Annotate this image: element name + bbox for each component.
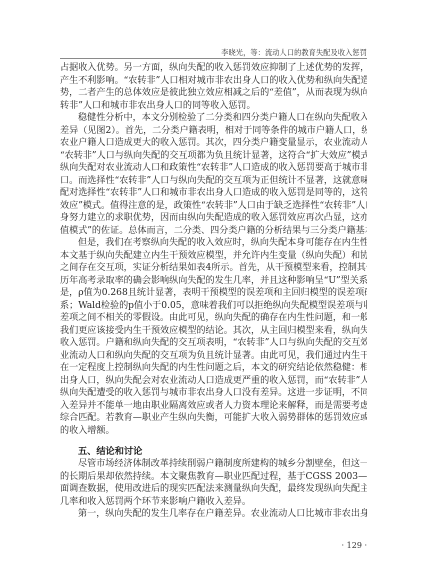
text-line: 的收入增额。 [60, 425, 367, 438]
text-line: 农业户籍人口造成更大的收入惩罚。其次，四分类户籍变量显示，农业流动人口和政策性 [60, 137, 367, 150]
text-line: 稳健性分析中，本文分别检验了二分类和四分类户籍人口在纵向失配收入惩罚方面的 [60, 112, 367, 125]
text-line: 第一，纵向失配的发生几率存在户籍差异。农业流动人口比城市非农出身人口更有可 [60, 508, 367, 521]
text-line: 占据收入优势。另一方面，纵向失配的收入惩罚效应抑制了上述优势的发挥，对收入回报 [60, 62, 367, 75]
text-line: 几率和收入惩罚两个环节来影响户籍收入差异。 [60, 496, 367, 509]
text-line: 是，ρ值为0.268且统计显著，表明干预模型的误差项和主回归模型的误差项确实存在… [60, 287, 367, 300]
text-line: 转非”人口和城市非农出身人口的同等收入惩罚。 [60, 100, 367, 113]
section-heading: 五、结论和讨论 [60, 445, 367, 458]
text-line: 尽管市场经济体制改革持续削弱户籍制度所建构的城乡分割壁垒，但这一制度所造成 [60, 458, 367, 471]
text-line: 面调查数据，使用改进后的现实匹配法来测量纵向失配，最终发现纵向失配主要通过发生 [60, 483, 367, 496]
paragraph-3-endogeneity: 但是，我们在考察纵向失配的收入效应时，纵向失配本身可能存在内生性问题。为此， 本… [60, 237, 367, 437]
page-number: · 129 · [60, 541, 367, 550]
paragraph-conclusion-1: 尽管市场经济体制改革持续削弱户籍制度所建构的城乡分割壁垒，但这一制度所造成 的长… [60, 458, 367, 508]
text-line: 之间存在交互项，实证分析结果如表4所示。首先，从干预模型来看，控制其他变量以后， [60, 262, 367, 275]
text-line: 纵向失配对农业流动人口和政策性“农转非”人口造成的收入惩罚要高于城市非农出身人 [60, 162, 367, 175]
header-rule [60, 58, 367, 59]
text-line: 势，二者产生的总体效应是彼此独立效应相减之后的“差值”，从而表现为纵向失配对“农 [60, 87, 367, 100]
text-line: 身努力建立的求职优势，因而由纵向失配造成的收入惩罚效应再次凸显，这亦可作为“差 [60, 212, 367, 225]
text-line: 收入惩罚。户籍和纵向失配的交互项表明，“农转非”人口与纵向失配的交互效应不显著；… [60, 337, 367, 350]
text-line: 差项之间不相关的零假设。由此可见，纵向失配的确存在内生性问题，和一般线性回归相比… [60, 312, 367, 325]
text-line: 效应”模式。值得注意的是，政策性“农转非”人口由于缺乏选择性“农转非”人口凭自 [60, 200, 367, 213]
section-gap [60, 437, 367, 445]
text-line: 系；Wald检验的p值小于0.05，意味着我们可以拒绝纵向失配模型误差项与收入决… [60, 300, 367, 313]
text-line: 入差异并不能单一地由职业隔离效应或者人力资本理论来解释，而是需要考虑教育—职业的 [60, 400, 367, 413]
paragraph-1: 占据收入优势。另一方面，纵向失配的收入惩罚效应抑制了上述优势的发挥，对收入回报 … [60, 62, 367, 112]
paragraph-2-robustness: 稳健性分析中，本文分别检验了二分类和四分类户籍人口在纵向失配收入惩罚方面的 差异… [60, 112, 367, 237]
text-line: 我们更应该接受内生干预效应模型的结论。其次，从主回归模型来看，纵向失配的确会造成 [60, 325, 367, 338]
body-text: 占据收入优势。另一方面，纵向失配的收入惩罚效应抑制了上述优势的发挥，对收入回报 … [60, 62, 367, 521]
text-line: 综合匹配。若教育—职业产生纵向失衡，可能扩大收入弱势群体的惩罚效应或削减优势群体 [60, 412, 367, 425]
text-line: 在一定程度上控制纵向失配的内生性问题之后，本文的研究结论依然稳健：相对于城市非农 [60, 362, 367, 375]
text-line: “农转非”人口与纵向失配的交互项都为负且统计显著，这符合“扩大效应”模式，意味着 [60, 150, 367, 163]
text-line: 口。而选择性“农转非”人口与纵向失配的交互项为正但统计不显著，这就意味着纵向失 [60, 175, 367, 188]
text-line: 本文基于纵向失配建立内生干预效应模型，并允许内生变量（纵向失配）和协变量（户籍） [60, 250, 367, 263]
text-line: 纵向失配遭受的收入惩罚与城市非农出身人口没有差异。这进一步证明，不同户籍之间的收 [60, 387, 367, 400]
text-line: 配对选择性“农转非”人口和城市非农出身人口造成的收入惩罚是同等的，这符合“差值 [60, 187, 367, 200]
text-line: 的长期后果却依然持续。本文聚焦教育—职业匹配过程，基于CGSS 2003—202… [60, 471, 367, 484]
text-line: 出身人口，纵向失配会对农业流动人口造成更严重的收入惩罚，而“农转非”人口整体上因 [60, 375, 367, 388]
paper-page: 李晓光，等：流动人口的教育失配及收入惩罚 占据收入优势。另一方面，纵向失配的收入… [0, 0, 427, 575]
text-line: 业流动人口和纵向失配的交互项为负且统计显著。由此可见，我们通过内生干预效应模型， [60, 350, 367, 363]
text-line: 历年高考录取率的确会影响纵向失配的发生几率，并且这种影响呈“U”型关系。值得注意… [60, 275, 367, 288]
text-line: 产生不利影响。“农转非”人口相对城市非农出身人口的收入优势和纵向失配造成的收入劣 [60, 75, 367, 88]
running-header: 李晓光，等：流动人口的教育失配及收入惩罚 [60, 48, 367, 58]
text-line: 但是，我们在考察纵向失配的收入效应时，纵向失配本身可能存在内生性问题。为此， [60, 237, 367, 250]
text-line: 差异（见图2）。首先，二分类户籍表明，相对于同等条件的城市户籍人口，纵向失配会给 [60, 125, 367, 138]
paragraph-conclusion-2: 第一，纵向失配的发生几率存在户籍差异。农业流动人口比城市非农出身人口更有可 [60, 508, 367, 521]
text-line: 值模式”的佐证。总体而言，二分类、四分类户籍的分析结果与三分类户籍基本一致。 [60, 225, 367, 238]
